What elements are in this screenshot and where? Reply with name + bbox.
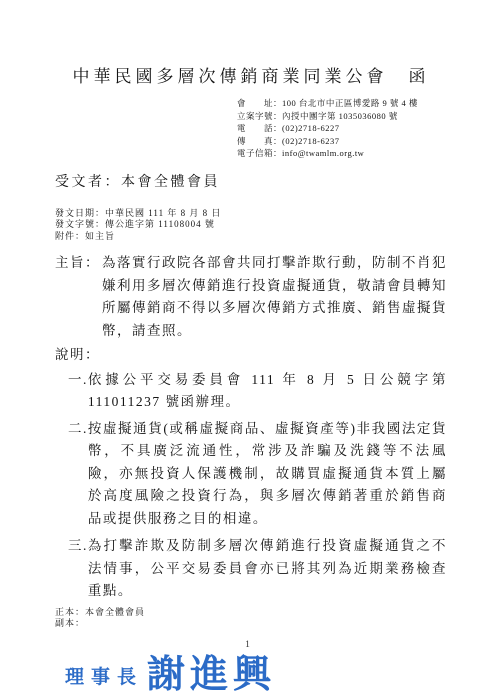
recipient-line: 受文者：本會全體會員 — [55, 171, 447, 191]
attachment-line: 附件：如主旨 — [55, 231, 447, 243]
contact-phone-label: 電 話： — [237, 123, 282, 133]
copies-block: 正本：本會全體會員 副本： — [55, 607, 447, 630]
explanation-heading: 說明： — [55, 344, 447, 367]
contact-registration-number: 立案字號：內授中團字第 1035036080 號 — [237, 110, 447, 123]
document-meta-block: 發文日期：中華民國 111 年 8 月 8 日 發文字號：傳公進字第 11108… — [55, 208, 447, 243]
original-copy-line: 正本：本會全體會員 — [55, 607, 447, 619]
contact-address-label: 會 址： — [237, 98, 282, 108]
contact-fax: 傳 真：(02)2718-6237 — [237, 135, 447, 148]
official-letter-page: 中華民國多層次傳銷商業同業公會 函 會 址：100 台北市中正區博愛路 9 號 … — [0, 0, 495, 700]
chairman-name: 謝進興 — [147, 656, 276, 694]
contact-address: 會 址：100 台北市中正區博愛路 9 號 4 樓 — [237, 97, 447, 110]
explanation-item-1-number: 一. — [68, 369, 88, 414]
explanation-item-3: 三. 為打擊詐欺及防制多層次傳銷進行投資虛擬通貨之不法情事，公平交易委員會亦已將… — [55, 535, 447, 603]
contact-email: 電子信箱：info@twamlm.org.tw — [237, 147, 447, 160]
subject-label: 主旨： — [55, 252, 102, 342]
contact-phone-value: (02)2718-6227 — [282, 123, 340, 133]
explanation-item-2: 二. 按虛擬通貨(或稱虛擬商品、虛擬資產等)非我國法定貨幣，不具廣泛流通性，常涉… — [55, 418, 447, 531]
contact-email-value: info@twamlm.org.tw — [282, 148, 364, 158]
contact-phone: 電 話：(02)2718-6227 — [237, 122, 447, 135]
contact-address-value: 100 台北市中正區博愛路 9 號 4 樓 — [282, 98, 418, 108]
association-contact-block: 會 址：100 台北市中正區博愛路 9 號 4 樓 立案字號：內授中團字第 10… — [237, 97, 447, 160]
contact-fax-value: (02)2718-6237 — [282, 136, 340, 146]
issue-number-line: 發文字號：傳公進字第 11108004 號 — [55, 219, 447, 231]
explanation-item-3-text: 為打擊詐欺及防制多層次傳銷進行投資虛擬通貨之不法情事，公平交易委員會亦已將其列為… — [88, 535, 447, 603]
cc-copy-line: 副本： — [55, 618, 447, 630]
explanation-item-3-number: 三. — [68, 535, 88, 603]
contact-email-label: 電子信箱： — [237, 148, 282, 158]
page-number: 1 — [0, 640, 495, 650]
subject-text: 為落實行政院各部會共同打擊詐欺行動，防制不肖犯嫌利用多層次傳銷進行投資虛擬通貨，… — [102, 252, 447, 342]
subject-section: 主旨： 為落實行政院各部會共同打擊詐欺行動，防制不肖犯嫌利用多層次傳銷進行投資虛… — [55, 252, 447, 342]
contact-fax-label: 傳 真： — [237, 136, 282, 146]
contact-registration-label: 立案字號： — [237, 111, 282, 121]
chairman-signature-stamp: 理事長 謝進興 — [65, 656, 447, 694]
chairman-title: 理事長 — [65, 662, 143, 689]
issue-date-line: 發文日期：中華民國 111 年 8 月 8 日 — [55, 208, 447, 220]
letter-title: 中華民國多層次傳銷商業同業公會 函 — [55, 0, 447, 87]
explanation-item-1-text: 依據公平交易委員會 111 年 8 月 5 日公競字第 111011237 號函… — [88, 369, 447, 414]
explanation-item-2-text: 按虛擬通貨(或稱虛擬商品、虛擬資產等)非我國法定貨幣，不具廣泛流通性，常涉及詐騙… — [88, 418, 447, 531]
contact-registration-value: 內授中團字第 1035036080 號 — [282, 111, 398, 121]
explanation-item-1: 一. 依據公平交易委員會 111 年 8 月 5 日公競字第 111011237… — [55, 369, 447, 414]
explanation-item-2-number: 二. — [68, 418, 88, 531]
